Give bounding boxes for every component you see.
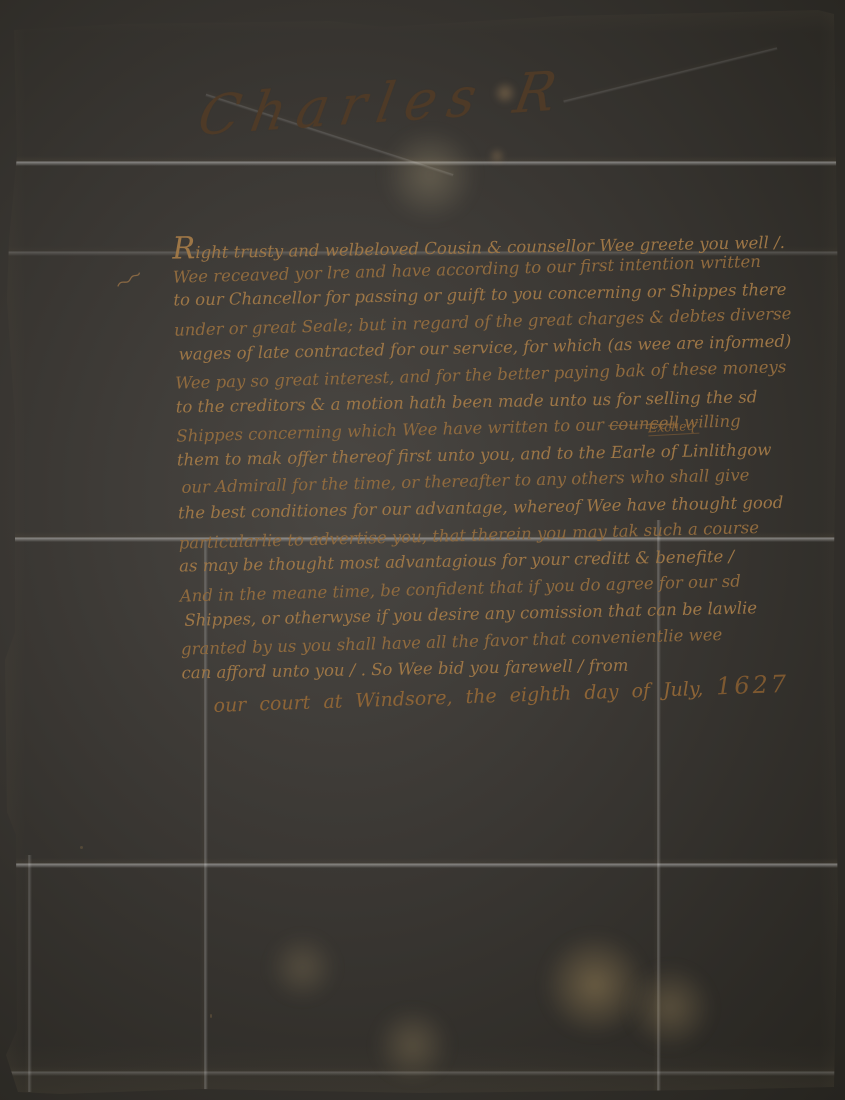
fold-crease-horizontal-4 xyxy=(0,858,845,868)
manuscript-paper: Charles R Right trusty and welbeloved Co… xyxy=(0,0,845,1100)
fold-crease-vertical-3 xyxy=(24,855,32,1092)
ink-speck-2 xyxy=(210,1014,212,1018)
interlinear-insertion: Excheqʳ xyxy=(648,418,700,437)
fox-spot-top-2 xyxy=(488,148,506,164)
stain-bottom-center xyxy=(370,1010,455,1080)
stain-bottom-left xyxy=(265,935,340,1000)
date-year: 1627 xyxy=(716,670,790,701)
stain-lower-right-2 xyxy=(625,965,715,1050)
ink-speck-1 xyxy=(80,846,83,849)
stain-upper-center xyxy=(380,130,480,220)
photo-background: Charles R Right trusty and welbeloved Co… xyxy=(0,0,845,1100)
letter-body: Right trusty and welbeloved Cousin & cou… xyxy=(172,222,838,688)
